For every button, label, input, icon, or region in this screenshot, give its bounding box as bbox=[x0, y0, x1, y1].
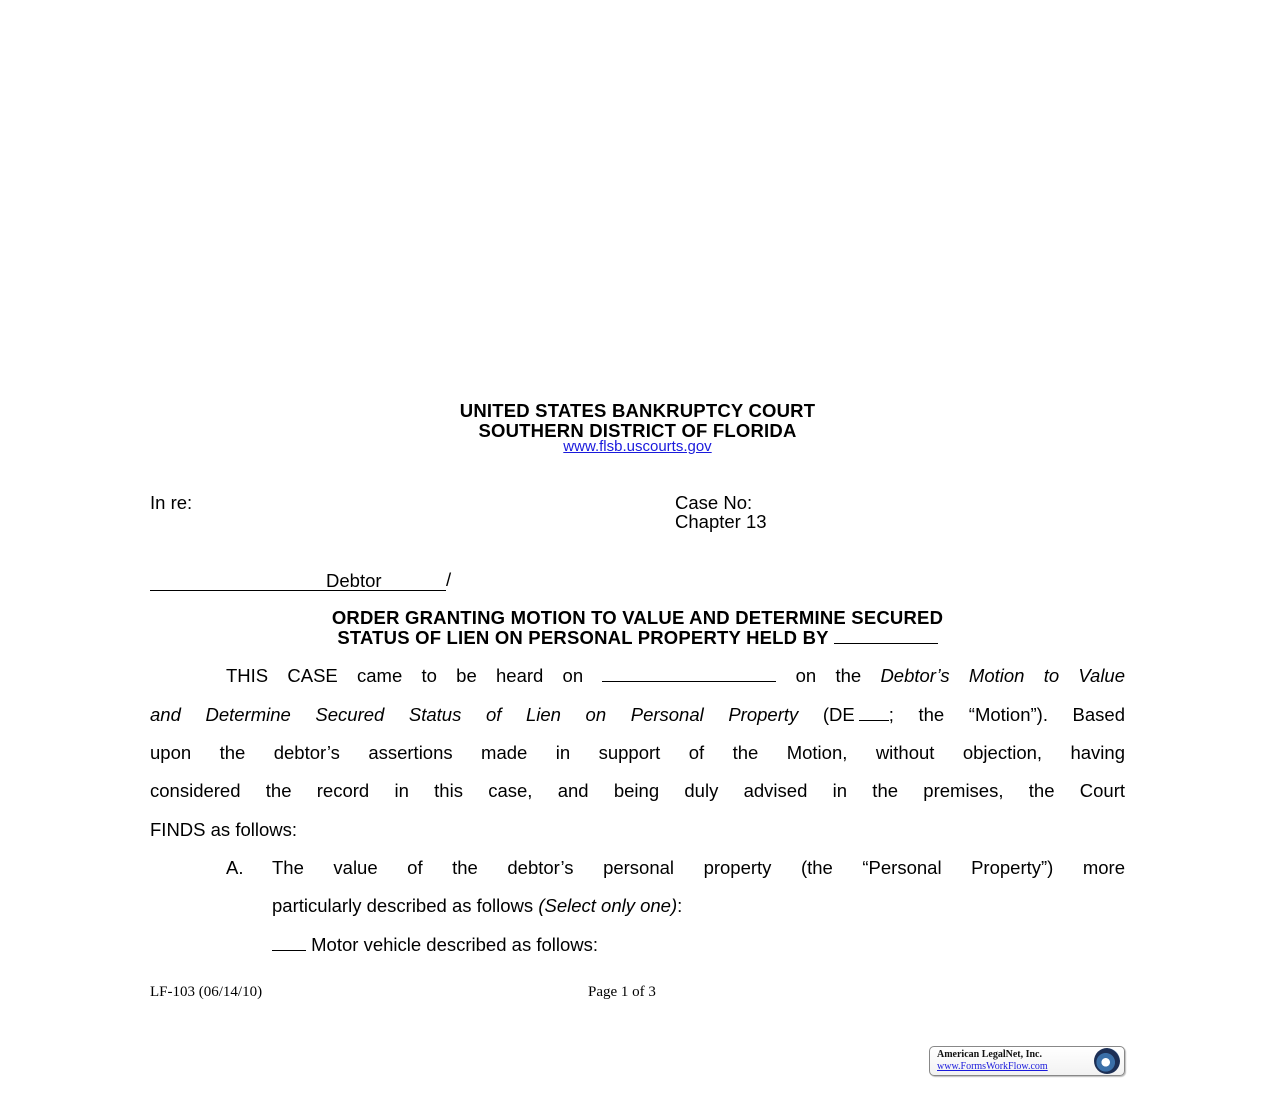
select-instruction: (Select only one) bbox=[538, 895, 677, 916]
body-line-1: THIS CASE came to be heard on on the Deb… bbox=[150, 665, 1125, 687]
motion-title-italic: Debtor’s Motion to Value bbox=[880, 665, 1125, 686]
debtor-name-blank[interactable]: Debtor bbox=[150, 570, 446, 591]
court-website-link[interactable]: www.flsb.uscourts.gov bbox=[0, 438, 1275, 455]
body-text: on the bbox=[796, 665, 862, 686]
form-id: LF-103 (06/14/10) bbox=[150, 984, 262, 1001]
item-a-letter: A. bbox=[226, 857, 243, 879]
debtor-label: Debtor bbox=[326, 570, 382, 592]
hearing-date-blank[interactable] bbox=[602, 665, 776, 682]
body-text: ; the “Motion”). Based bbox=[889, 704, 1125, 725]
body-text: (DE bbox=[823, 704, 855, 725]
motion-title-italic: and Determine Secured Status of Lien on … bbox=[150, 704, 798, 725]
item-a-line2: particularly described as follows (Selec… bbox=[272, 895, 1125, 917]
order-title-text: STATUS OF LIEN ON PERSONAL PROPERTY HELD… bbox=[337, 627, 828, 648]
docket-entry-blank[interactable] bbox=[859, 704, 889, 721]
chapter-label: Chapter 13 bbox=[675, 511, 767, 533]
motor-vehicle-label: Motor vehicle described as follows: bbox=[311, 934, 598, 955]
item-a-line1: The value of the debtor’s personal prope… bbox=[272, 857, 1125, 879]
body-text: : bbox=[677, 895, 682, 916]
court-name: UNITED STATES BANKRUPTCY COURT bbox=[0, 400, 1275, 422]
body-line-3: upon the debtor’s assertions made in sup… bbox=[150, 742, 1125, 764]
lienholder-blank[interactable] bbox=[834, 627, 938, 644]
body-text: THIS CASE came to be heard on bbox=[226, 665, 583, 686]
order-title-line2: STATUS OF LIEN ON PERSONAL PROPERTY HELD… bbox=[0, 627, 1275, 649]
body-text: particularly described as follows bbox=[272, 895, 533, 916]
page-number: Page 1 of 3 bbox=[588, 984, 656, 1001]
caption-slash: / bbox=[446, 569, 451, 590]
globe-logo-icon bbox=[1094, 1048, 1120, 1074]
motor-vehicle-checkbox-blank[interactable] bbox=[272, 934, 306, 951]
badge-company: American LegalNet, Inc. bbox=[937, 1049, 1042, 1060]
body-line-5: FINDS as follows: bbox=[150, 819, 1125, 841]
in-re-label: In re: bbox=[150, 492, 192, 514]
motor-vehicle-option: Motor vehicle described as follows: bbox=[272, 934, 1125, 956]
badge-website-link[interactable]: www.FormsWorkFlow.com bbox=[937, 1061, 1048, 1072]
american-legalnet-badge[interactable]: American LegalNet, Inc. www.FormsWorkFlo… bbox=[929, 1046, 1125, 1076]
body-line-2: and Determine Secured Status of Lien on … bbox=[150, 704, 1125, 726]
order-title-line1: ORDER GRANTING MOTION TO VALUE AND DETER… bbox=[0, 607, 1275, 629]
debtor-line: Debtor / bbox=[150, 569, 451, 591]
body-line-4: considered the record in this case, and … bbox=[150, 780, 1125, 802]
